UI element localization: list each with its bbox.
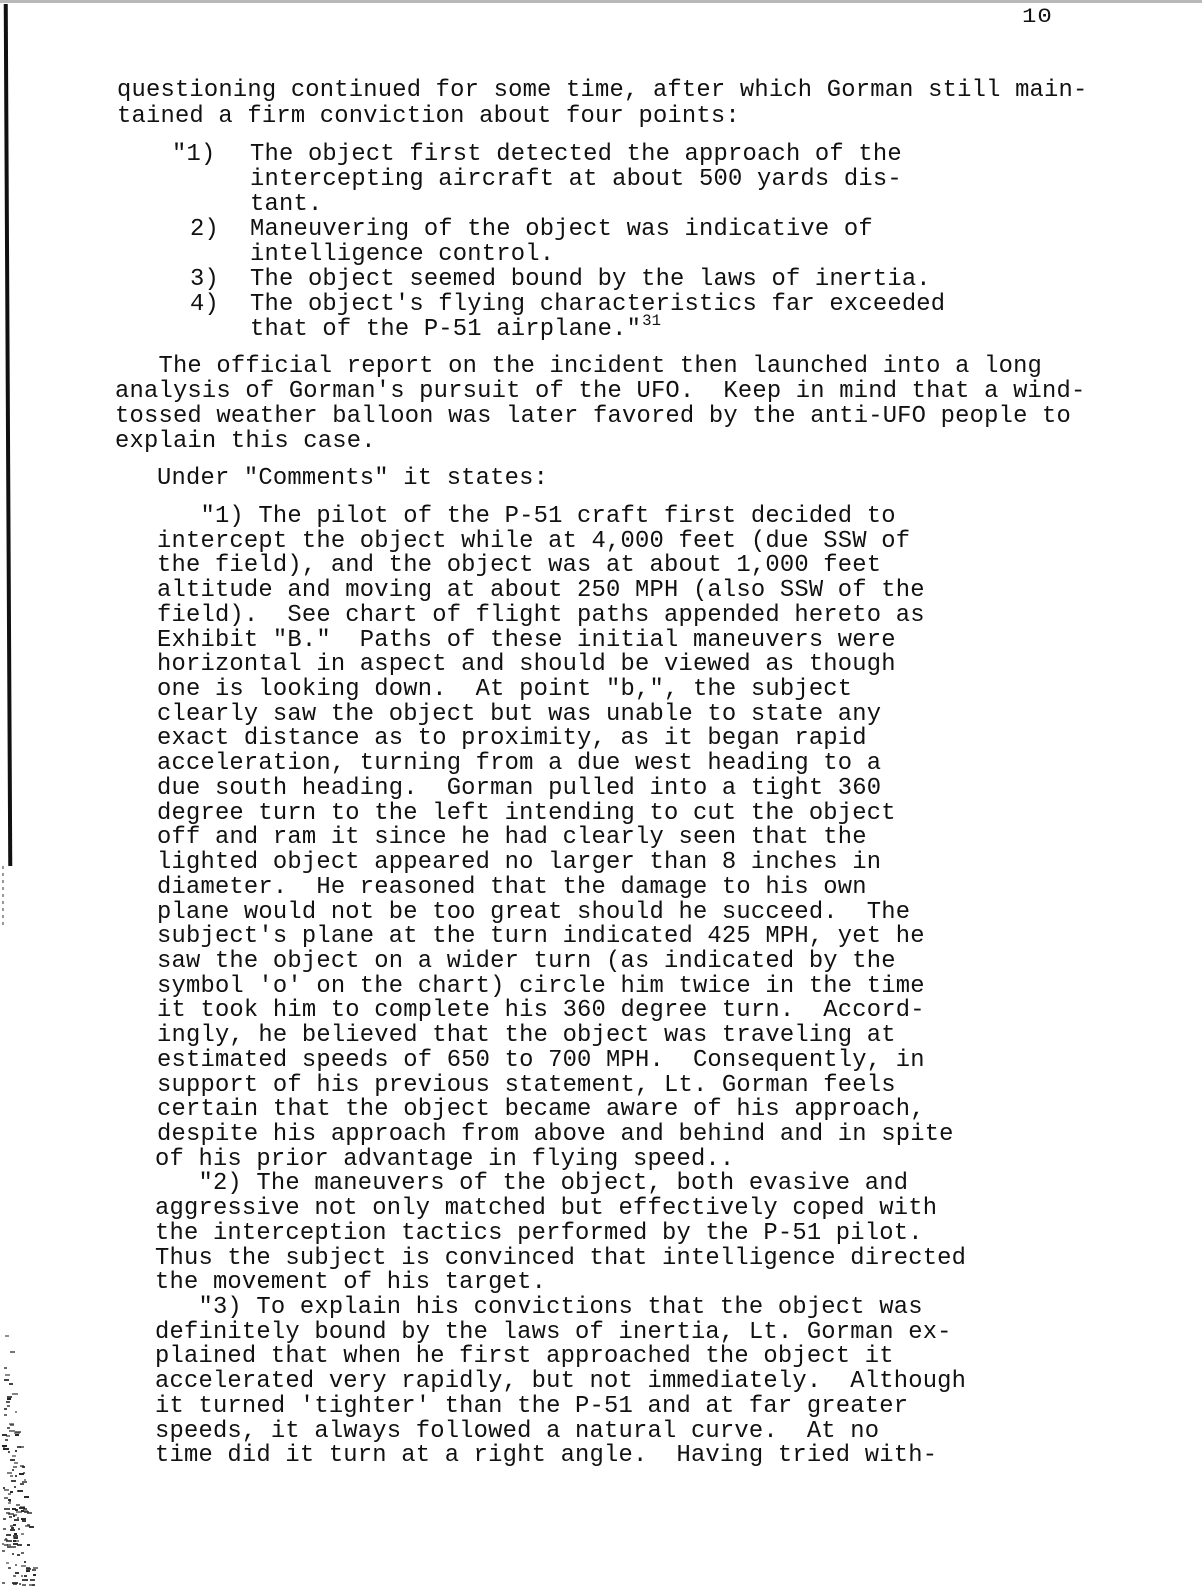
scan-speck — [17, 1446, 21, 1448]
scan-speck — [12, 1582, 18, 1584]
scan-noise-specks — [0, 1300, 40, 1588]
scan-speck — [14, 1533, 16, 1535]
scan-speck — [22, 1584, 25, 1586]
scan-speck — [27, 1524, 29, 1526]
list-item-line: Maneuvering of the object was indicative… — [250, 218, 873, 242]
scan-speck — [4, 1379, 9, 1381]
scan-speck — [6, 1534, 11, 1536]
scan-speck — [22, 1466, 25, 1468]
scan-speck — [29, 1526, 34, 1528]
scan-speck — [20, 1483, 24, 1485]
scan-speck — [7, 1427, 9, 1429]
list-marker: 2) — [190, 218, 219, 242]
scan-speck — [3, 1528, 6, 1530]
intro-line: questioning continued for some time, aft… — [117, 79, 1087, 103]
scan-speck — [13, 1543, 18, 1545]
comments-line: "1) The pilot of the P-51 craft first de… — [157, 505, 896, 529]
scan-speck — [24, 1510, 28, 1512]
list-item-line: The object seemed bound by the laws of i… — [250, 268, 931, 292]
comments-line: plane would not be too great should he s… — [157, 901, 910, 925]
scan-speck — [21, 1552, 24, 1554]
scan-speck — [3, 1518, 6, 1520]
scan-speck — [9, 1423, 14, 1425]
comments-line: despite his approach from above and behi… — [157, 1123, 954, 1147]
scan-speck — [12, 1393, 18, 1395]
scan-speck — [11, 1480, 17, 1482]
comments-line: off and ram it since he had clearly seen… — [157, 826, 867, 850]
list-marker: 3) — [190, 268, 219, 292]
comments-line: field). See chart of flight paths append… — [157, 604, 925, 628]
scan-speck — [8, 1499, 11, 1501]
scan-speck — [11, 1546, 16, 1548]
scan-speck — [22, 1579, 27, 1581]
scan-speck — [24, 1479, 26, 1481]
scan-speck — [22, 1520, 26, 1522]
scan-speck — [15, 1564, 17, 1566]
scan-speck — [14, 1486, 16, 1488]
scan-speck — [4, 1489, 9, 1491]
scan-speck — [13, 1540, 18, 1542]
scan-speck — [14, 1519, 20, 1521]
comments-line: Exhibit "B." Paths of these initial mane… — [157, 629, 896, 653]
comments-line: accelerated very rapidly, but not immedi… — [155, 1370, 966, 1394]
comments-line: estimated speeds of 650 to 700 MPH. Cons… — [157, 1049, 925, 1073]
comments-line: Thus the subject is convinced that intel… — [155, 1247, 966, 1271]
scan-speck — [12, 1553, 14, 1555]
scan-speck — [15, 1475, 18, 1477]
comments-line: due south heading. Gorman pulled into a … — [157, 777, 881, 801]
comments-line: plained that when he first approached th… — [155, 1345, 894, 1369]
comments-line: intercept the object while at 4,000 feet… — [157, 530, 910, 554]
scan-speck — [23, 1472, 25, 1474]
scan-speck — [33, 1574, 37, 1576]
scan-speck — [10, 1459, 15, 1461]
list-marker: "1) — [172, 143, 215, 167]
scan-speck — [14, 1537, 18, 1539]
comments-heading: Under "Comments" it states: — [157, 467, 548, 491]
comments-line: support of his previous statement, Lt. G… — [157, 1074, 896, 1098]
comments-line: horizontal in aspect and should be viewe… — [157, 653, 896, 677]
comments-line: time did it turn at a right angle. Havin… — [155, 1444, 937, 1468]
comments-line: the field), and the object was at about … — [157, 554, 881, 578]
scan-speck — [8, 1493, 11, 1495]
scan-speck — [9, 1383, 14, 1385]
comments-line: degree turn to the left intending to cut… — [157, 802, 896, 826]
scan-speck — [18, 1528, 20, 1530]
scan-speck — [19, 1583, 21, 1585]
list-item-line: The object's flying characteristics far … — [250, 293, 945, 317]
comments-line: diameter. He reasoned that the damage to… — [157, 876, 867, 900]
scan-speck — [15, 1572, 19, 1574]
scan-speck — [26, 1568, 31, 1570]
scan-speck — [12, 1469, 14, 1471]
scan-speck — [18, 1490, 22, 1492]
scan-speck — [4, 1367, 6, 1369]
list-marker: 4) — [190, 293, 219, 317]
scan-speck — [4, 1414, 7, 1416]
scan-binding-edge — [4, 4, 13, 866]
footnote-reference: 31 — [642, 312, 661, 330]
list-item-line: intercepting aircraft at about 500 yards… — [250, 168, 902, 192]
scan-speck — [24, 1575, 27, 1577]
scan-speck — [10, 1529, 15, 1531]
list-item-line: that of the P-51 airplane."31 — [250, 318, 660, 342]
list-item-line: The object first detected the approach o… — [250, 143, 902, 167]
comments-line: altitude and moving at about 250 MPH (al… — [157, 579, 925, 603]
comments-line: saw the object on a wider turn (as indic… — [157, 950, 896, 974]
scan-speck — [12, 1455, 15, 1457]
scan-speck — [30, 1579, 35, 1581]
comments-line: acceleration, turning from a due west he… — [157, 752, 881, 776]
comments-line: lighted object appeared no larger than 8… — [157, 851, 881, 875]
comments-line: definitely bound by the laws of inertia,… — [155, 1321, 952, 1345]
scan-speck — [10, 1525, 13, 1527]
scan-speck — [7, 1398, 10, 1400]
scan-speck — [16, 1509, 18, 1511]
scan-speck — [7, 1472, 12, 1474]
scan-speck — [15, 1450, 18, 1452]
scan-speck — [14, 1462, 18, 1464]
scan-speck — [2, 1543, 4, 1545]
comments-line: it turned 'tighter' than the P-51 and at… — [155, 1395, 908, 1419]
scan-speck — [24, 1496, 29, 1498]
scan-speck — [2, 1445, 7, 1447]
scan-speck — [2, 1582, 5, 1584]
scan-speck — [6, 1562, 9, 1564]
comments-line: it took him to complete his 360 degree t… — [157, 999, 925, 1023]
scan-speck — [32, 1584, 35, 1586]
comments-line: "3) To explain his convictions that the … — [155, 1296, 923, 1320]
scan-speck — [4, 1408, 6, 1410]
scan-speck — [15, 1434, 19, 1436]
comments-line: aggressive not only matched but effectiv… — [155, 1197, 937, 1221]
comments-line: "2) The maneuvers of the object, both ev… — [155, 1172, 908, 1196]
scan-speck — [10, 1351, 14, 1353]
paragraph-line: tossed weather balloon was later favored… — [115, 405, 1071, 429]
scan-speck — [32, 1569, 36, 1571]
scan-speck — [15, 1411, 17, 1413]
scan-speck — [27, 1544, 30, 1546]
scan-speck — [13, 1524, 15, 1526]
scan-speck — [6, 1401, 10, 1403]
comments-line: of his prior advantage in flying speed.. — [155, 1148, 734, 1172]
comments-line: the interception tactics performed by th… — [155, 1222, 923, 1246]
scan-speck — [21, 1575, 23, 1577]
scan-speck — [3, 1448, 9, 1450]
list-item-line: tant. — [250, 193, 322, 217]
scan-speck — [9, 1516, 13, 1518]
scan-speck — [10, 1475, 13, 1477]
scan-speck — [17, 1554, 20, 1556]
scan-speck — [8, 1451, 10, 1453]
scan-speck — [8, 1567, 11, 1569]
scan-speck — [13, 1514, 17, 1516]
scan-speck — [20, 1506, 25, 1508]
comments-line: subject's plane at the turn indicated 42… — [157, 925, 925, 949]
comments-line: symbol 'o' on the chart) circle him twic… — [157, 975, 925, 999]
scan-speck — [5, 1374, 9, 1376]
scan-top-edge — [0, 0, 1202, 3]
scan-speck — [6, 1540, 12, 1542]
scan-speck — [13, 1466, 17, 1468]
scan-speck — [7, 1405, 10, 1407]
comments-line: speeds, it always followed a natural cur… — [155, 1420, 879, 1444]
list-item-line: intelligence control. — [250, 243, 554, 267]
comments-line: ingly, he believed that the object was t… — [157, 1024, 896, 1048]
scan-speck — [2, 1434, 7, 1436]
comments-line: exact distance as to proximity, as it be… — [157, 727, 867, 751]
scan-speck — [5, 1439, 8, 1441]
scan-binding-edge-fade — [2, 866, 4, 926]
paragraph-line: explain this case. — [115, 430, 376, 454]
scan-speck — [24, 1561, 27, 1563]
page-number: 10 — [1022, 6, 1053, 29]
scan-speck — [16, 1511, 22, 1513]
comments-line: one is looking down. At point "b,", the … — [157, 678, 852, 702]
comments-line: certain that the object became aware of … — [157, 1098, 925, 1122]
scan-speck — [5, 1335, 9, 1337]
paragraph-line: analysis of Gorman's pursuit of the UFO.… — [115, 380, 1085, 404]
scan-speck — [2, 1550, 5, 1552]
scan-speck — [9, 1500, 11, 1502]
scan-speck — [21, 1533, 25, 1535]
scan-speck — [4, 1508, 10, 1510]
scan-speck — [13, 1575, 16, 1577]
intro-line: tained a firm conviction about four poin… — [117, 105, 740, 129]
paragraph-line: The official report on the incident then… — [115, 355, 1042, 379]
comments-line: the movement of his target. — [155, 1271, 546, 1295]
comments-line: clearly saw the object but was unable to… — [157, 703, 881, 727]
